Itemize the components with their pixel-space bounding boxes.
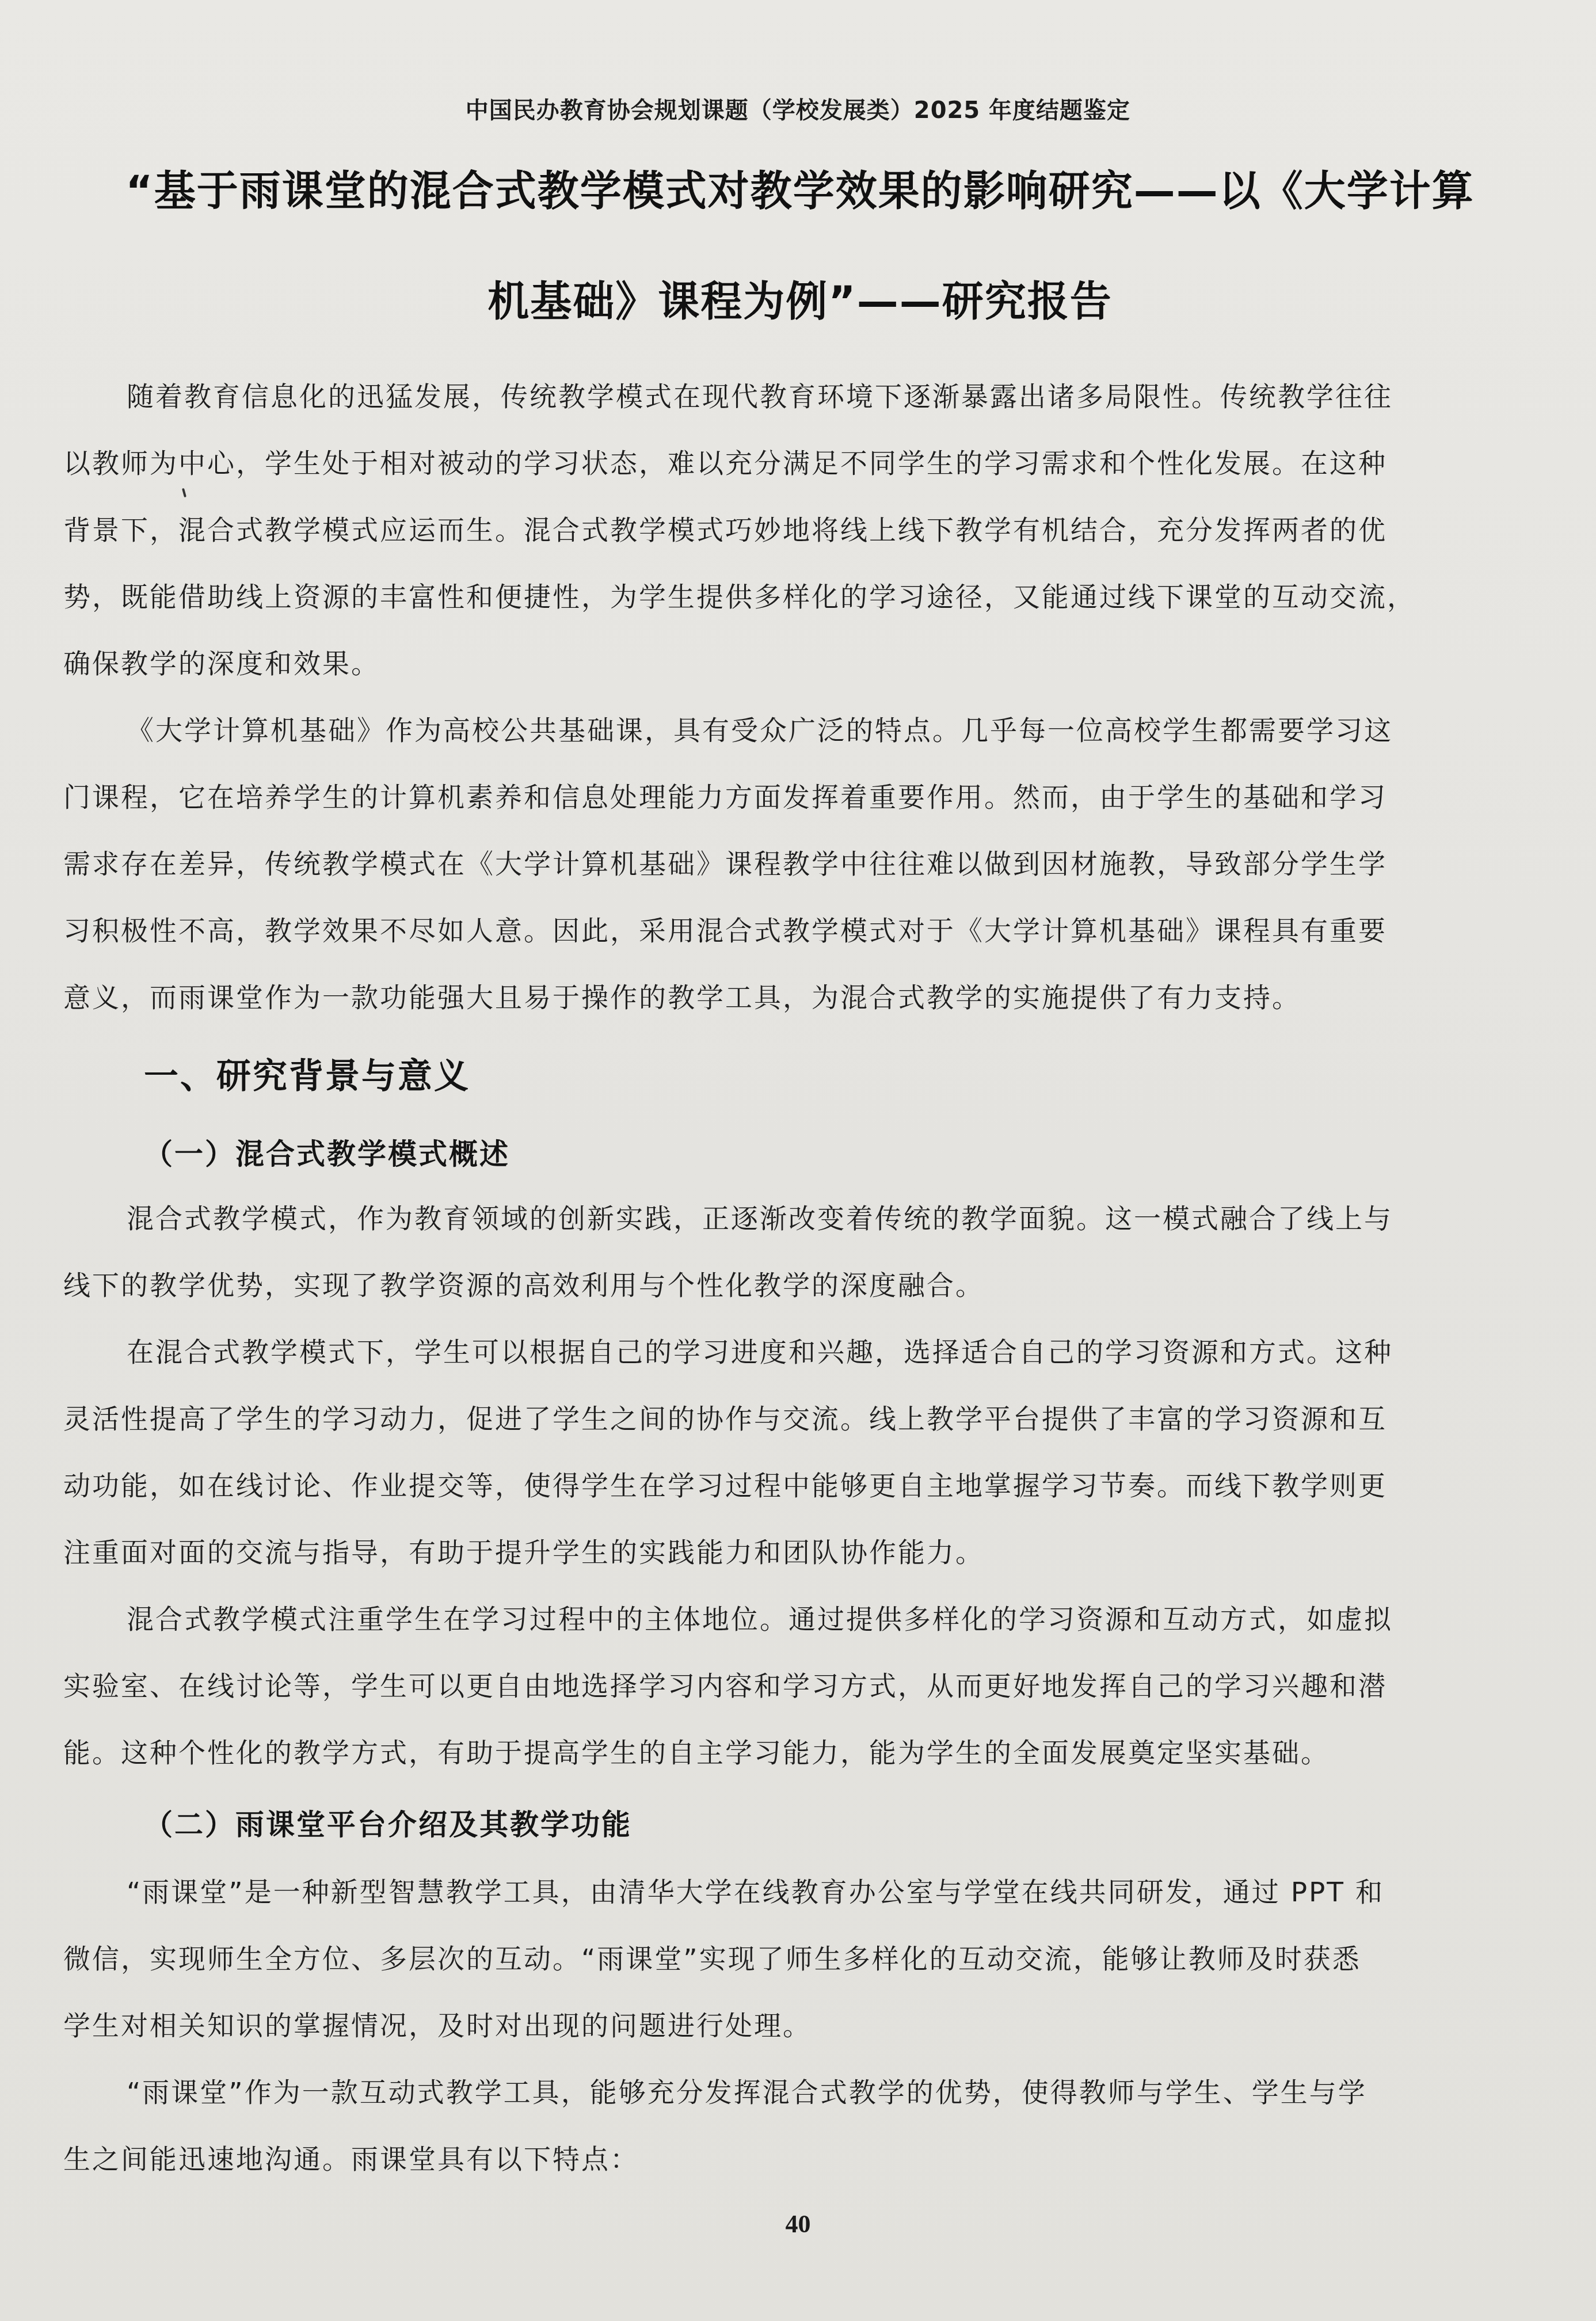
text-line: 混合式教学模式，作为教育领域的创新实践，正逐渐改变着传统的教学面貌。这一模式融合… <box>63 1186 1456 1253</box>
document-page: 中国民办教育协会规划课题（学校发展类）2025 年度结题鉴定 “基于雨课堂的混合… <box>0 0 1596 2321</box>
sub1-paragraph-1: 混合式教学模式，作为教育领域的创新实践，正逐渐改变着传统的教学面貌。这一模式融合… <box>63 1186 1456 1319</box>
text-line: 在混合式教学模式下，学生可以根据自己的学习进度和兴趣，选择适合自己的学习资源和方… <box>63 1319 1456 1386</box>
text-line: 能。这种个性化的教学方式，有助于提高学生的自主学习能力，能为学生的全面发展奠定坚… <box>63 1720 1456 1787</box>
subsection-heading-2: （二）雨课堂平台介绍及其教学功能 <box>144 1802 632 1843</box>
page-number: 40 <box>0 2209 1596 2239</box>
text-line: 以教师为中心，学生处于相对被动的学习状态，难以充分满足不同学生的学习需求和个性化… <box>63 431 1456 497</box>
text-line: 实验室、在线讨论等，学生可以更自由地选择学习内容和学习方式，从而更好地发挥自己的… <box>63 1653 1456 1720</box>
document-title: “基于雨课堂的混合式教学模式对教学效果的影响研究——以《大学计算 机基础》课程为… <box>86 135 1514 356</box>
running-header: 中国民办教育协会规划课题（学校发展类）2025 年度结题鉴定 <box>0 92 1596 125</box>
text-line: 背景下，混合式教学模式应运而生。混合式教学模式巧妙地将线上线下教学有机结合，充分… <box>63 497 1456 564</box>
text-line: 需求存在差异，传统教学模式在《大学计算机基础》课程教学中往往难以做到因材施教，导… <box>63 831 1456 898</box>
subsection-heading-1: （一）混合式教学模式概述 <box>144 1131 510 1173</box>
sub1-paragraph-2: 在混合式教学模式下，学生可以根据自己的学习进度和兴趣，选择适合自己的学习资源和方… <box>63 1319 1456 1586</box>
title-line-1: “基于雨课堂的混合式教学模式对教学效果的影响研究——以《大学计算 <box>86 135 1514 246</box>
text-line: 灵活性提高了学生的学习动力，促进了学生之间的协作与交流。线上教学平台提供了丰富的… <box>63 1386 1456 1453</box>
intro-section: 随着教育信息化的迅猛发展，传统教学模式在现代教育环境下逐渐暴露出诸多局限性。传统… <box>63 364 1456 1032</box>
text-line: 学生对相关知识的掌握情况，及时对出现的问题进行处理。 <box>63 1993 1456 2060</box>
title-line-2: 机基础》课程为例”——研究报告 <box>86 246 1514 356</box>
subsection-1-body: 混合式教学模式，作为教育领域的创新实践，正逐渐改变着传统的教学面貌。这一模式融合… <box>63 1186 1456 1787</box>
subsection-2-body: “雨课堂”是一种新型智慧教学工具，由清华大学在线教育办公室与学堂在线共同研发，通… <box>63 1859 1456 2193</box>
text-line: 注重面对面的交流与指导，有助于提升学生的实践能力和团队协作能力。 <box>63 1520 1456 1586</box>
text-line: 随着教育信息化的迅猛发展，传统教学模式在现代教育环境下逐渐暴露出诸多局限性。传统… <box>63 364 1456 431</box>
intro-paragraph-2: 《大学计算机基础》作为高校公共基础课，具有受众广泛的特点。几乎每一位高校学生都需… <box>63 698 1456 1032</box>
section-heading-1: 一、研究背景与意义 <box>144 1049 470 1098</box>
sub2-paragraph-1: “雨课堂”是一种新型智慧教学工具，由清华大学在线教育办公室与学堂在线共同研发，通… <box>63 1859 1456 2060</box>
text-line: 混合式教学模式注重学生在学习过程中的主体地位。通过提供多样化的学习资源和互动方式… <box>63 1586 1456 1653</box>
text-line: 动功能，如在线讨论、作业提交等，使得学生在学习过程中能够更自主地掌握学习节奏。而… <box>63 1453 1456 1520</box>
text-line: 线下的教学优势，实现了教学资源的高效利用与个性化教学的深度融合。 <box>63 1253 1456 1319</box>
text-line: 确保教学的深度和效果。 <box>63 631 1456 698</box>
intro-paragraph-1: 随着教育信息化的迅猛发展，传统教学模式在现代教育环境下逐渐暴露出诸多局限性。传统… <box>63 364 1456 698</box>
text-line: 生之间能迅速地沟通。雨课堂具有以下特点： <box>63 2126 1456 2193</box>
text-line: 习积极性不高，教学效果不尽如人意。因此，采用混合式教学模式对于《大学计算机基础》… <box>63 898 1456 965</box>
text-line: 门课程，它在培养学生的计算机素养和信息处理能力方面发挥着重要作用。然而，由于学生… <box>63 764 1456 831</box>
text-line: 微信，实现师生全方位、多层次的互动。“雨课堂”实现了师生多样化的互动交流，能够让… <box>63 1926 1456 1993</box>
text-line: 《大学计算机基础》作为高校公共基础课，具有受众广泛的特点。几乎每一位高校学生都需… <box>63 698 1456 764</box>
text-line: “雨课堂”是一种新型智慧教学工具，由清华大学在线教育办公室与学堂在线共同研发，通… <box>63 1859 1456 1926</box>
sub2-paragraph-2: “雨课堂”作为一款互动式教学工具，能够充分发挥混合式教学的优势，使得教师与学生、… <box>63 2060 1456 2193</box>
text-line: 势，既能借助线上资源的丰富性和便捷性，为学生提供多样化的学习途径，又能通过线下课… <box>63 564 1456 631</box>
text-line: 意义，而雨课堂作为一款功能强大且易于操作的教学工具，为混合式教学的实施提供了有力… <box>63 965 1456 1032</box>
text-line: “雨课堂”作为一款互动式教学工具，能够充分发挥混合式教学的优势，使得教师与学生、… <box>63 2060 1456 2126</box>
sub1-paragraph-3: 混合式教学模式注重学生在学习过程中的主体地位。通过提供多样化的学习资源和互动方式… <box>63 1586 1456 1787</box>
